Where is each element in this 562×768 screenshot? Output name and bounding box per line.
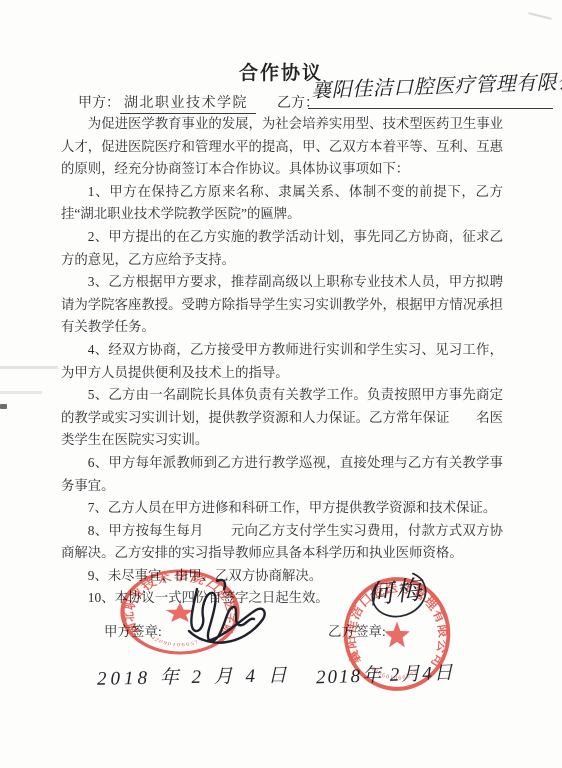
clause-8: 8、甲方按每生每月 元向乙方支付学生实习费用，付款方式双方协商解决。乙方安排的实…: [61, 520, 503, 565]
agreement-body: 为促进医学教育事业的发展，为社会培养实用型、技术型医药卫生事业人才，促进医院医疗…: [61, 113, 503, 610]
party-a-label: 甲方：: [78, 96, 120, 111]
party-a-signature-scribble: [183, 577, 277, 655]
party-a-date-handwritten: 2018 年 2 月 4 日: [97, 660, 291, 690]
clause-1: 1、甲方在保持乙方原来名称、隶属关系、体制不变的前提下，乙方挂“湖北职业技术学院…: [61, 181, 503, 226]
scan-artifact-streak: [0, 366, 58, 369]
clause-3: 3、乙方根据甲方要求，推荐副高级以上职称专业技术人员，甲方拟聘请为学院客座教授。…: [61, 271, 503, 339]
scan-artifact-streak: [0, 391, 42, 394]
clause-6: 6、甲方每年派教师到乙方进行教学巡视，直接处理与乙方有关教学事务事宜。: [61, 452, 503, 497]
party-b-signature-flourish: [361, 566, 431, 624]
clause-5: 5、乙方由一名副院长具体负责有关教学工作。负责按照甲方事先商定的教学或实习实训计…: [61, 384, 503, 452]
party-b-underline: [308, 108, 553, 109]
clause-7: 7、乙方人员在甲方进修和科研工作，甲方提供教学资源和技术保证。: [61, 497, 503, 520]
clause-2: 2、甲方提出的在乙方实施的教学活动计划，事先同乙方协商，征求乙方的意见，乙方应给…: [61, 226, 503, 271]
scanned-agreement-page: 合作协议 甲方：湖北职业技术学院 乙方： 襄阳佳洁口腔医疗管理有限公司 为促进医…: [0, 0, 562, 768]
intro-paragraph: 为促进医学教育事业的发展，为社会培养实用型、技术型医药卫生事业人才，促进医院医疗…: [61, 113, 503, 181]
party-a-name: 湖北职业技术学院: [120, 96, 256, 114]
star-icon: [384, 621, 410, 647]
party-a-line: 甲方：湖北职业技术学院: [78, 92, 256, 112]
party-b-date-handwritten: 2018年 2月4日: [316, 658, 456, 690]
scan-artifact-corner-mark: [528, 12, 552, 20]
clause-4: 4、经双方协商，乙方接受甲方教师进行实训和学生实习、见习工作，为甲方人员提供便利…: [61, 339, 503, 384]
scan-artifact-edge-mark: [0, 404, 7, 409]
